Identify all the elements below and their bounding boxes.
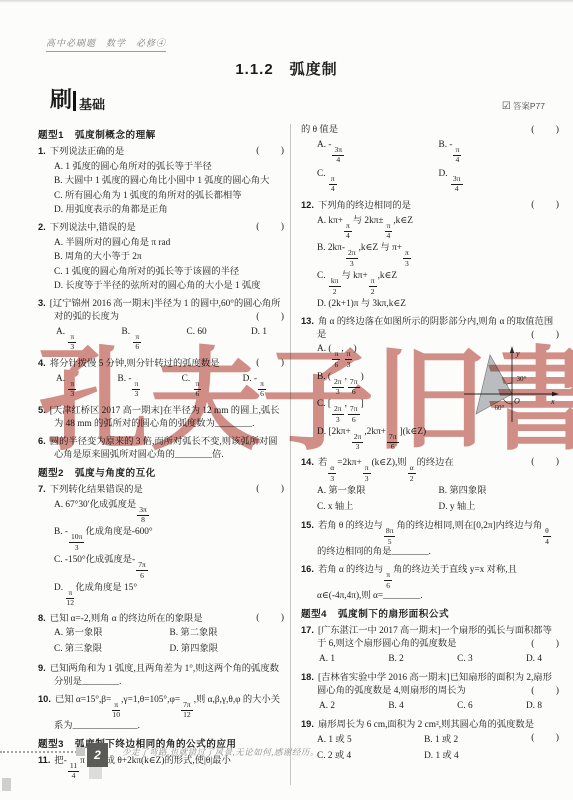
fraction: π3 bbox=[403, 249, 411, 268]
option: D. (2k+1)π 与 3kπ,k∈Z bbox=[317, 298, 560, 311]
fraction: 7π6 bbox=[348, 405, 360, 424]
fraction: π3 bbox=[345, 350, 353, 369]
question-columns: 题型1弧度制概念的理解1.下列说法正确的是( )A. 1 弧度的圆心角所对的弧长… bbox=[38, 124, 560, 785]
question-stem: 18.[吉林省实验中学 2016 高一期末]已知扇形的面积为 2,扇形圆心角的弧… bbox=[317, 671, 560, 698]
question-stem: 17.[广东湛江一中 2017 高一期末]一个扇形的弧长与面积都等于 6,则这个… bbox=[317, 624, 560, 651]
question-number: 4. bbox=[38, 358, 50, 368]
question: 1.下列说法正确的是( )A. 1 弧度的圆心角所对的弧长等于半径B. 大圆中 … bbox=[38, 145, 285, 217]
question-number: 18. bbox=[301, 672, 318, 682]
fraction: π4 bbox=[453, 146, 461, 165]
right-column: 的 θ 值是( )A. -3π4B. -π4C. π4D. 3π412.下列角的… bbox=[290, 124, 560, 785]
option: C. 第三象限 bbox=[54, 643, 170, 656]
question: 5.[天津红桥区 2017 高一期末]在半径为 12 mm 的圆上,弧长为 48… bbox=[38, 404, 285, 431]
option: D. 1 bbox=[251, 326, 267, 352]
question-number: 15. bbox=[301, 520, 318, 530]
question: 18.[吉林省实验中学 2016 高一期末]已知扇形的面积为 2,扇形圆心角的弧… bbox=[301, 671, 560, 714]
options: A. 第一象限B. 第四象限C. x 轴上D. y 轴上 bbox=[317, 483, 560, 515]
option: B. -π3 bbox=[118, 373, 142, 399]
question: 9.已知两角和为 1 弧度,且两角差为 1°,则这两个角的弧度数分别是_____… bbox=[38, 662, 285, 689]
option: A. 1 bbox=[319, 653, 335, 666]
question: 15.若角 θ 的终边与8π5角的终边相同,则在[0,2π]内终边与角θ4的终边… bbox=[301, 519, 560, 559]
question-stem: 13.角 α 的终边落在如图所示的阴影部分内,则角 α 的取值范围是( ) bbox=[317, 315, 560, 342]
footer-deco-square bbox=[89, 767, 102, 779]
topic-title: 弧度制概念的理解 bbox=[75, 130, 156, 141]
fraction: 2π3 bbox=[332, 405, 344, 424]
question-number: 6. bbox=[38, 436, 50, 446]
option: A. -3π4 bbox=[317, 139, 439, 165]
question: 3.[辽宁锦州 2016 高一期末]半径为 1 的圆中,60°的圆心角所对的弧的… bbox=[38, 297, 285, 353]
fraction: π3 bbox=[363, 464, 371, 483]
question: 4.将分针拨慢 5 分钟,则分针转过的弧度数是( )A. π3B. -π3C. … bbox=[38, 357, 285, 400]
fraction: π10 bbox=[112, 701, 120, 720]
topic-label: 题型1 bbox=[38, 130, 64, 141]
footer-quote: 少走了弯路,也就错过了风景,无论如何,感谢经历。 bbox=[122, 746, 319, 758]
option: B. 2kπ-2π3,k∈Z 与 π+π3 bbox=[317, 242, 560, 268]
left-column: 题型1弧度制概念的理解1.下列说法正确的是( )A. 1 弧度的圆心角所对的弧长… bbox=[38, 124, 290, 785]
question-stem: 4.将分针拨慢 5 分钟,则分针转过的弧度数是( ) bbox=[54, 357, 285, 371]
svg-text:30°: 30° bbox=[517, 375, 527, 383]
option: D. -π6 bbox=[243, 373, 267, 399]
svg-text:O: O bbox=[514, 396, 520, 405]
page-title: 1.1.2 弧度制 bbox=[0, 58, 573, 79]
series-header: 高中必刷题 数学 必修④ bbox=[46, 36, 166, 52]
question-stem: 16.若角 α 的终边与π6角的终边关于直线 y=x 对称,且 α∈(-4π,4… bbox=[317, 563, 560, 603]
answer-bracket: ( ) bbox=[531, 329, 560, 342]
fraction: π6 bbox=[332, 350, 340, 369]
fraction: π6 bbox=[384, 571, 392, 590]
question-number: 8. bbox=[38, 613, 50, 623]
options: A. π3B. -π3C. π6D. -π6 bbox=[54, 371, 285, 400]
option: C. x 轴上 bbox=[317, 501, 439, 514]
answer-bracket: ( ) bbox=[256, 221, 285, 234]
option: D. y 轴上 bbox=[439, 501, 561, 514]
textbook-page: 高中必刷题 数学 必修④ 1.1.2 弧度制 刷 基础 ☑答案P77 题型1弧度… bbox=[0, 0, 573, 800]
footer-deco-square bbox=[76, 747, 85, 756]
topic-label: 题型2 bbox=[38, 468, 64, 479]
question-stem: 14.若α3=2kπ+π3(k∈Z),则α2的终边在( ) bbox=[317, 456, 560, 483]
options: A. 半圆所对的圆心角是 π radB. 周角的大小等于 2πC. 1 弧度的圆… bbox=[54, 237, 285, 294]
question-number: 2. bbox=[38, 222, 50, 232]
option: A. π3 bbox=[56, 326, 77, 352]
question-number: 10. bbox=[38, 694, 55, 704]
option: B. π6 bbox=[122, 326, 143, 352]
answer-bracket: ( ) bbox=[256, 145, 285, 158]
page-edge-mark bbox=[2, 778, 11, 791]
answer-bracket: ( ) bbox=[256, 612, 285, 625]
option: C. π4 bbox=[317, 168, 439, 194]
answer-checkbox-icon: ☑ bbox=[502, 101, 511, 112]
option: C. π6 bbox=[182, 373, 203, 399]
fraction: π2 bbox=[369, 277, 377, 296]
fraction: α3 bbox=[328, 464, 336, 483]
section-logo: 刷 基础 bbox=[50, 88, 105, 112]
answer-bracket: ( ) bbox=[256, 311, 285, 324]
question: 8.已知 α=-2,则角 α 的终边所在的象限是( )A. 第一象限B. 第二象… bbox=[38, 612, 285, 658]
question-number: 19. bbox=[301, 719, 318, 729]
option: A. 第一象限 bbox=[54, 627, 170, 640]
fraction: α2 bbox=[408, 464, 416, 483]
fraction: π3 bbox=[68, 380, 76, 399]
question-number: 1. bbox=[38, 146, 50, 156]
option: C. -150°化成弧度是-7π6 bbox=[54, 554, 285, 580]
fraction: 7π6 bbox=[136, 561, 148, 580]
fraction: 7π12 bbox=[181, 701, 193, 720]
answer-bracket: ( ) bbox=[531, 685, 560, 698]
option: C. kπ2与 kπ+π2,k∈Z bbox=[317, 270, 560, 296]
topic-heading: 题型2弧度与角度的互化 bbox=[38, 467, 285, 480]
option: B. 第四象限 bbox=[439, 485, 561, 498]
answer-bracket: ( ) bbox=[531, 638, 560, 651]
fraction: kπ2 bbox=[329, 277, 341, 296]
page-number: 2 bbox=[87, 743, 108, 767]
answer-bracket: ( ) bbox=[531, 456, 560, 469]
answer-bracket: ( ) bbox=[256, 357, 285, 370]
topic-label: 题型4 bbox=[301, 609, 327, 620]
fraction: 7π6 bbox=[387, 433, 399, 452]
fraction: 7π6 bbox=[348, 378, 360, 397]
question-number: 13. bbox=[301, 316, 318, 326]
options: A. 第一象限B. 第二象限C. 第三象限D. 第四象限 bbox=[54, 626, 285, 658]
option: D. π12化成角度是 15° bbox=[54, 582, 285, 608]
topic-title: 弧度与角度的互化 bbox=[75, 468, 156, 479]
fraction: π3 bbox=[132, 380, 140, 399]
fraction: θ4 bbox=[543, 527, 551, 546]
q13-angle-figure: yxO30°60° bbox=[456, 342, 560, 438]
question-number: 17. bbox=[301, 625, 318, 635]
option: A. kπ+π4与 2kπ±π4,k∈Z bbox=[317, 215, 560, 241]
question-number: 3. bbox=[38, 298, 50, 308]
fraction: π3 bbox=[68, 333, 76, 352]
footer-dotted-line bbox=[0, 751, 85, 753]
fraction: 3π8 bbox=[137, 506, 149, 525]
options: A. π3B. π6C. 60D. 1 bbox=[54, 324, 285, 353]
option: B. 4 bbox=[388, 700, 404, 713]
option: A. 1 弧度的圆心角所对的弧长等于半径 bbox=[54, 161, 285, 174]
topic-heading: 题型1弧度制概念的理解 bbox=[38, 129, 285, 142]
option: C. 3 bbox=[457, 653, 473, 666]
fraction: π12 bbox=[66, 589, 74, 608]
question-stem: 3.[辽宁锦州 2016 高一期末]半径为 1 的圆中,60°的圆心角所对的弧的… bbox=[54, 297, 285, 324]
question: 10.已知 α=15°,β=π10,γ=1,θ=105°,φ=7π12,则 α,… bbox=[38, 693, 285, 733]
question-stem: 15.若角 θ 的终边与8π5角的终边相同,则在[0,2π]内终边与角θ4的终边… bbox=[317, 519, 560, 559]
option: C. 所有圆心角为 1 弧度的角所对的弧长都相等 bbox=[54, 190, 285, 203]
question: 17.[广东湛江一中 2017 高一期末]一个扇形的弧长与面积都等于 6,则这个… bbox=[301, 624, 560, 667]
answer-reference: ☑答案P77 bbox=[502, 100, 545, 112]
option: B. 第二象限 bbox=[170, 627, 286, 640]
option: B. 周角的大小等于 2π bbox=[54, 251, 285, 264]
option: D. 用弧度表示的角都是正角 bbox=[54, 204, 285, 217]
svg-text:x: x bbox=[550, 397, 555, 406]
options: A. 2B. 4C. 6D. 8 bbox=[317, 698, 560, 714]
options: A. 1B. 2C. 3D. 4 bbox=[317, 651, 560, 667]
question-stem: 的 θ 值是( ) bbox=[301, 124, 560, 137]
fraction: 10π3 bbox=[69, 533, 84, 552]
question-stem: 7.下列转化结果错误的是( ) bbox=[54, 483, 285, 497]
answer-bracket: ( ) bbox=[531, 124, 560, 137]
option: A. 半圆所对的圆心角是 π rad bbox=[54, 237, 285, 250]
fraction: π6 bbox=[258, 380, 266, 399]
option: D. 3π4 bbox=[439, 168, 561, 194]
answer-bracket: ( ) bbox=[531, 199, 560, 212]
option: A. π3 bbox=[56, 373, 77, 399]
option: C. 60 bbox=[187, 326, 207, 352]
fraction: 3π4 bbox=[451, 175, 463, 194]
question-stem: 19.扇形周长为 6 cm,面积为 2 cm²,则其圆心角的弧度数是( ) bbox=[317, 718, 560, 732]
option: A. 67°30′化成弧度是3π8 bbox=[54, 499, 285, 525]
logo-text: 基础 bbox=[79, 97, 105, 112]
question: 13.角 α 的终边落在如图所示的阴影部分内,则角 α 的取值范围是( )yxO… bbox=[301, 315, 560, 452]
option: B. -π4 bbox=[439, 139, 561, 165]
question: 2.下列说法中,错误的是( )A. 半圆所对的圆心角是 π radB. 周角的大… bbox=[38, 221, 285, 293]
options: A. 67°30′化成弧度是3π8B. -10π3化成角度是-600°C. -1… bbox=[54, 499, 285, 608]
question: 7.下列转化结果错误的是( )A. 67°30′化成弧度是3π8B. -10π3… bbox=[38, 483, 285, 607]
option: C. 6 bbox=[457, 700, 473, 713]
answer-ref-label: 答案P77 bbox=[513, 101, 545, 111]
topic-heading: 题型4弧度制下的扇形面积公式 bbox=[301, 608, 560, 621]
option: B. 2 bbox=[388, 653, 404, 666]
question-stem: 5.[天津红桥区 2017 高一期末]在半径为 12 mm 的圆上,弧长为 48… bbox=[54, 404, 285, 431]
option: D. 第四象限 bbox=[170, 643, 286, 656]
fraction: 2π3 bbox=[352, 433, 364, 452]
fraction: 8π5 bbox=[384, 527, 396, 546]
answer-bracket: ( ) bbox=[256, 483, 285, 496]
options: A. 1 弧度的圆心角所对的弧长等于半径B. 大圆中 1 弧度的圆心角比小圆中 … bbox=[54, 161, 285, 218]
fraction: π6 bbox=[194, 380, 202, 399]
question-stem: 1.下列说法正确的是( ) bbox=[54, 145, 285, 159]
option: B. 大圆中 1 弧度的圆心角比小圆中 1 弧度的圆心角大 bbox=[54, 175, 285, 188]
question-number: 16. bbox=[301, 564, 318, 574]
question: 14.若α3=2kπ+π3(k∈Z),则α2的终边在( )A. 第一象限B. 第… bbox=[301, 456, 560, 515]
option: A. 第一象限 bbox=[317, 485, 439, 498]
svg-text:y: y bbox=[515, 349, 520, 358]
question-stem: 12.下列角的终边相同的是( ) bbox=[317, 199, 560, 213]
topic-title: 弧度制下的扇形面积公式 bbox=[338, 609, 449, 620]
question-number: 12. bbox=[301, 200, 318, 210]
fraction: π6 bbox=[133, 333, 141, 352]
question-stem: 6.圆的半径变为原来的 3 倍,而所对弧长不变,则该弧所对圆心角是原来圆弧所对圆… bbox=[54, 435, 285, 462]
fraction: 3π4 bbox=[332, 146, 344, 165]
question-number: 14. bbox=[301, 457, 318, 467]
question: 的 θ 值是( )A. -3π4B. -π4C. π4D. 3π4 bbox=[301, 124, 560, 195]
logo-divider-bar bbox=[73, 91, 76, 111]
svg-text:60°: 60° bbox=[495, 404, 505, 412]
question-stem: 2.下列说法中,错误的是( ) bbox=[54, 221, 285, 235]
option: A. 2 bbox=[319, 700, 335, 713]
fraction: 2π3 bbox=[332, 378, 344, 397]
question-stem: 8.已知 α=-2,则角 α 的终边所在的象限是( ) bbox=[54, 612, 285, 626]
question: 6.圆的半径变为原来的 3 倍,而所对弧长不变,则该弧所对圆心角是原来圆弧所对圆… bbox=[38, 435, 285, 462]
brush-logo-character: 刷 bbox=[50, 88, 72, 112]
question: 16.若角 α 的终边与π6角的终边关于直线 y=x 对称,且 α∈(-4π,4… bbox=[301, 563, 560, 603]
option: D. 8 bbox=[526, 700, 542, 713]
fraction: 2π3 bbox=[346, 249, 358, 268]
options: A. -3π4B. -π4C. π4D. 3π4 bbox=[317, 137, 560, 195]
question-number: 7. bbox=[38, 484, 50, 494]
fraction: π4 bbox=[385, 222, 393, 241]
options: A. kπ+π4与 2kπ±π4,k∈ZB. 2kπ-2π3,k∈Z 与 π+π… bbox=[317, 215, 560, 311]
page-footer: 2 少走了弯路,也就错过了风景,无论如何,感谢经历。 bbox=[0, 742, 573, 788]
question-stem: 9.已知两角和为 1 弧度,且两角差为 1°,则这两个角的弧度数分别是_____… bbox=[54, 662, 285, 689]
fraction: π4 bbox=[344, 222, 352, 241]
fraction: π4 bbox=[329, 175, 337, 194]
question-number: 9. bbox=[38, 663, 50, 673]
option: C. 1 弧度的圆心角所对的弧长等于该圆的半径 bbox=[54, 266, 285, 279]
question-stem: 10.已知 α=15°,β=π10,γ=1,θ=105°,φ=7π12,则 α,… bbox=[54, 693, 285, 733]
option: D. 长度等于半径的弦所对的圆心角的大小是 1 弧度 bbox=[54, 280, 285, 293]
option: D. 4 bbox=[526, 653, 542, 666]
option: B. -10π3化成角度是-600° bbox=[54, 526, 285, 552]
question: 12.下列角的终边相同的是( )A. kπ+π4与 2kπ±π4,k∈ZB. 2… bbox=[301, 199, 560, 310]
question-number: 5. bbox=[38, 405, 50, 415]
